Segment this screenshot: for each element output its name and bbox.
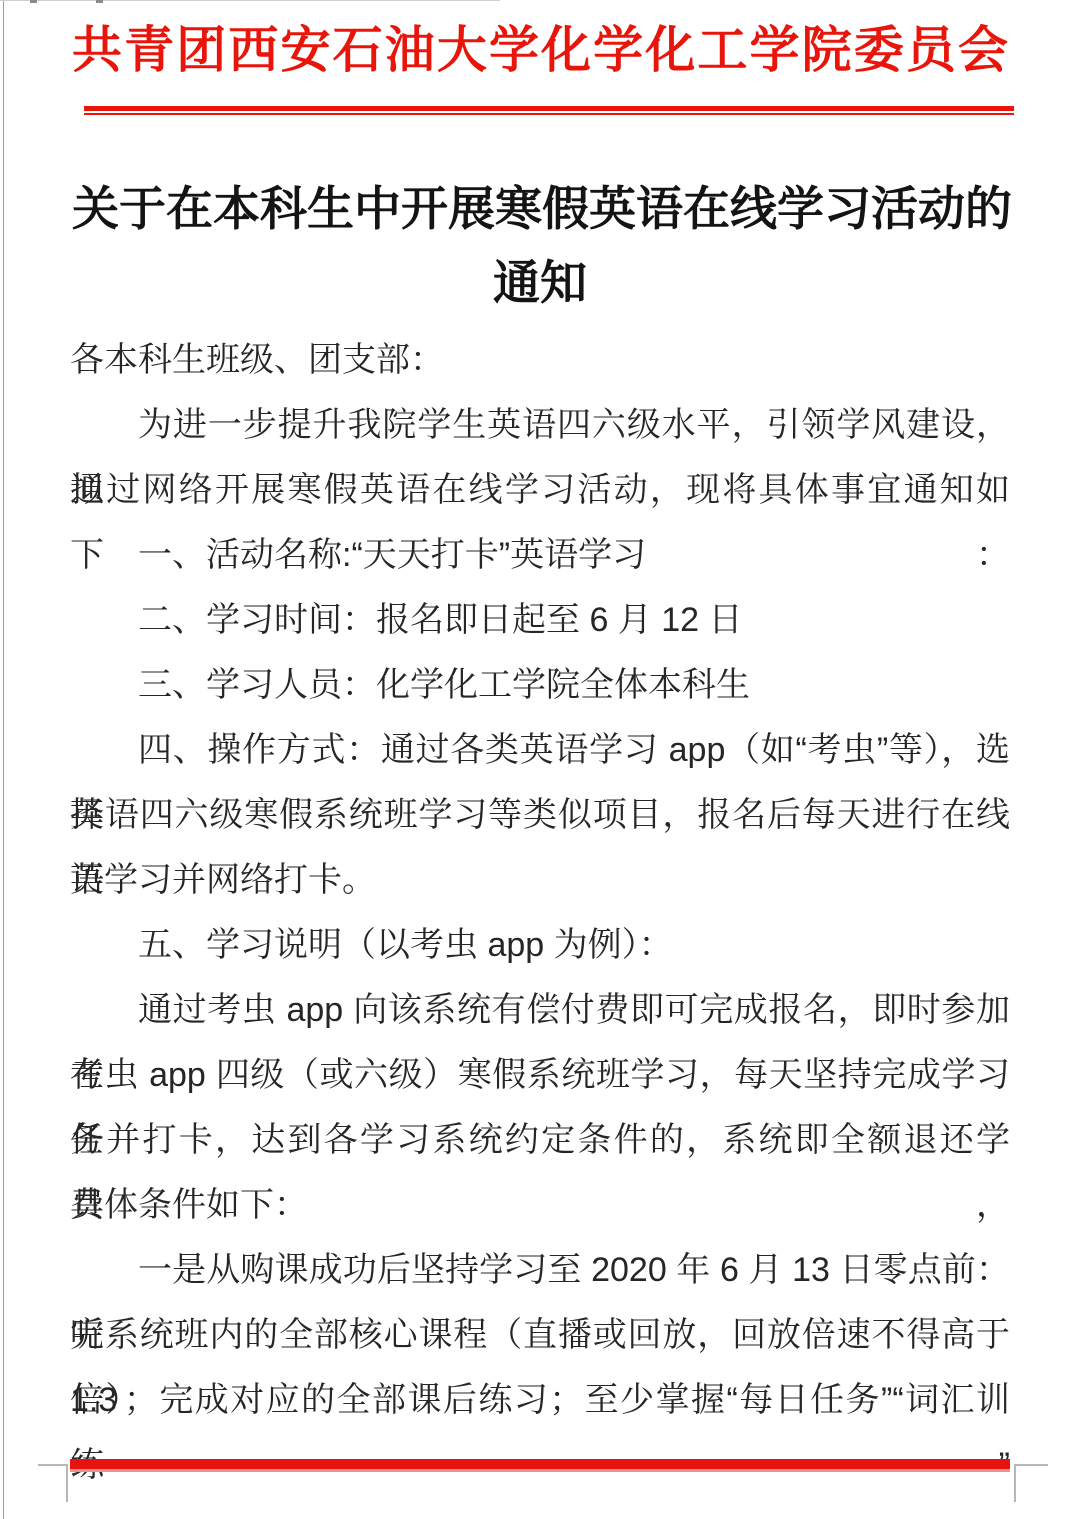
page-top-edge [0,0,500,1]
body-line: 通过考虫 app 向该系统有偿付费即可完成报名，即时参加在 [70,978,1010,1043]
document-body: 各本科生班级、团支部：为进一步提升我院学生英语四六级水平，引领学风建设，拟通过网… [70,328,1010,1433]
scan-speck [96,0,103,3]
body-line: 二、学习时间：报名即日起至 6 月 12 日 [70,588,1010,653]
body-line: 为进一步提升我院学生英语四六级水平，引领学风建设，拟 [70,393,1010,458]
scan-speck [30,0,37,3]
body-line: 四、操作方式：通过各类英语学习 app（如“考虫”等），选择 [70,718,1010,783]
document-page: 共青团西安石油大学化学化工学院委员会 关于在本科生中开展寒假英语在线学习活动的 … [0,0,1080,1519]
page-left-edge [3,0,4,1519]
body-line: 三、学习人员：化学化工学院全体本科生 [70,653,1010,718]
document-title: 关于在本科生中开展寒假英语在线学习活动的 通知 [72,172,1008,320]
document-title-line1: 关于在本科生中开展寒假英语在线学习活动的 [72,172,1008,246]
body-line: 考虫 app 四级（或六级）寒假系统班学习，每天坚持完成学习任 [70,1043,1010,1108]
body-line: 倍）；完成对应的全部课后练习；至少掌握“每日任务”“词汇训练” [70,1368,1010,1433]
body-line: 英语四六级寒假系统班学习等类似项目，报名后每天进行在线英 [70,783,1010,848]
footer-red-rule [70,1459,1010,1472]
body-line: 务并打卡，达到各学习系统约定条件的，系统即全额退还学费， [70,1108,1010,1173]
body-line: 完系统班内的全部核心课程（直播或回放，回放倍速不得高于 1.3 [70,1303,1010,1368]
page-margin-corner-left [38,1464,68,1502]
document-title-line2: 通知 [72,246,1008,320]
page-margin-corner-right [1014,1464,1048,1502]
body-line: 各本科生班级、团支部： [70,328,1010,393]
org-header-title: 共青团西安石油大学化学化工学院委员会 [72,22,1008,78]
body-line: 通过网络开展寒假英语在线学习活动，现将具体事宜通知如下： [70,458,1010,523]
body-line: 语学习并网络打卡。 [70,848,1010,913]
header-red-rule [84,106,1014,115]
body-line: 一是从购课成功后坚持学习至 2020 年 6 月 13 日零点前：听 [70,1238,1010,1303]
body-line: 五、学习说明（以考虫 app 为例）： [70,913,1010,978]
